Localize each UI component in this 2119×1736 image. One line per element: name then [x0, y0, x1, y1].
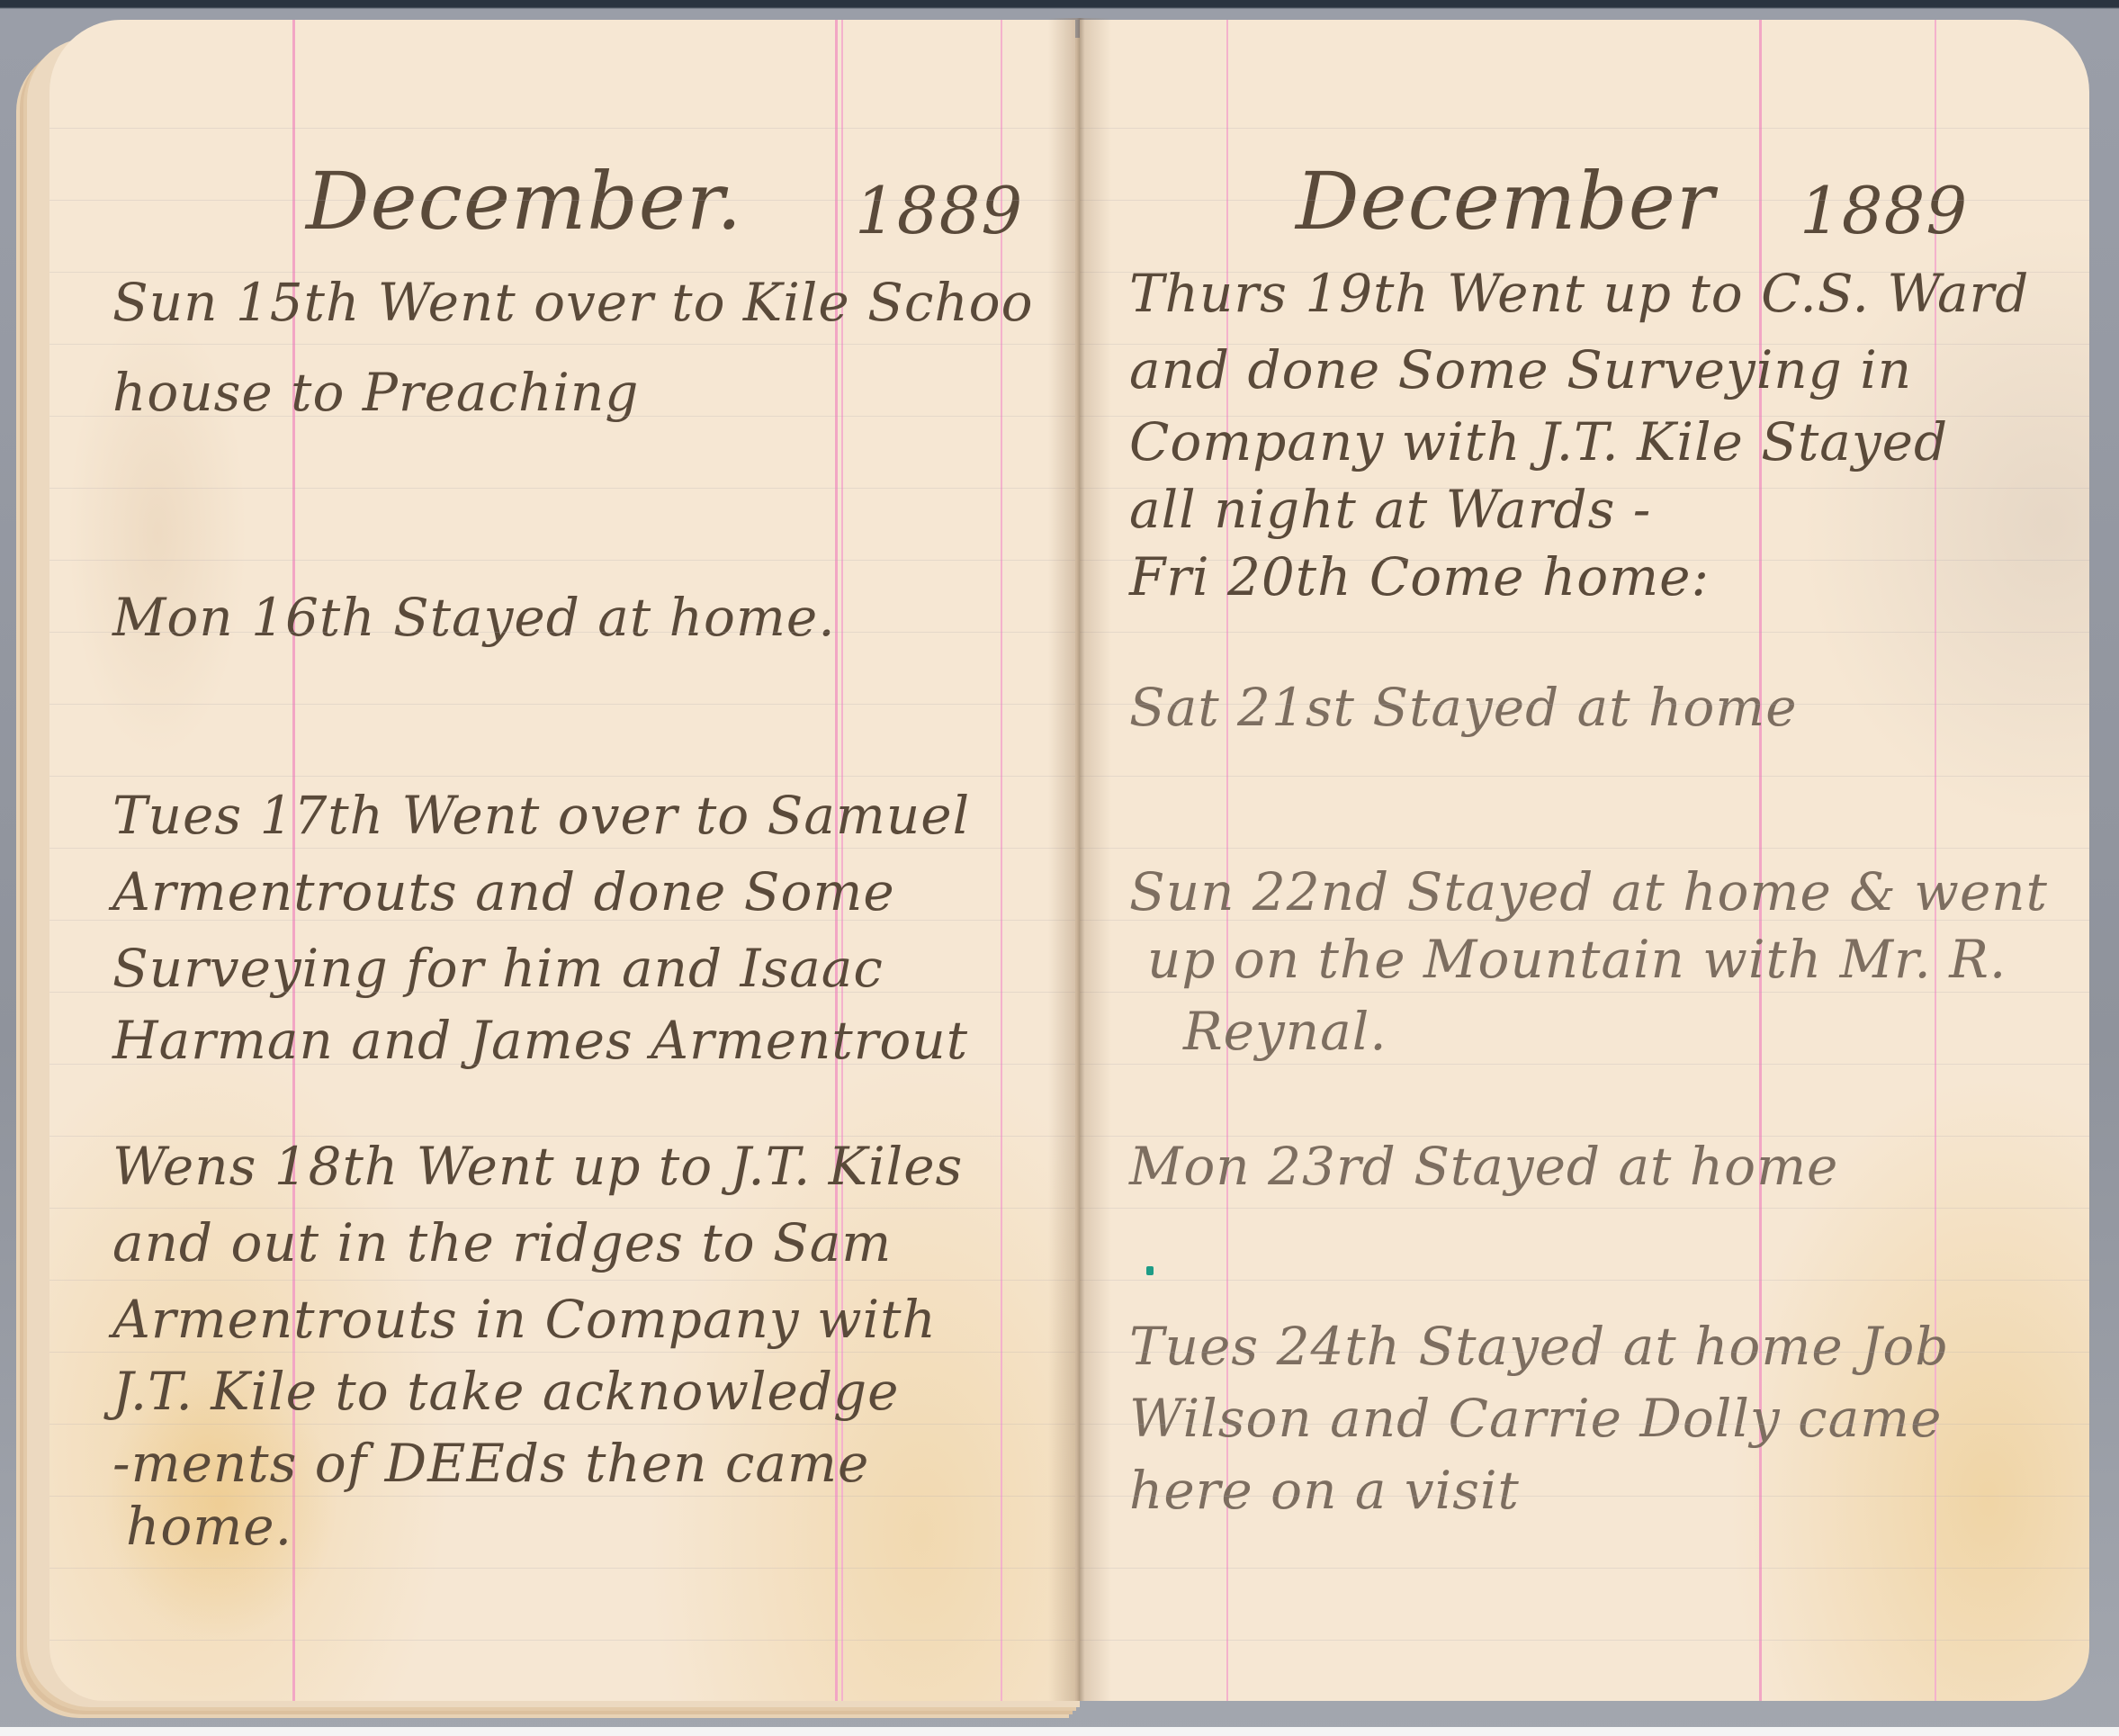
diary-line: Sun 15th Went over to Kile Schoo: [112, 272, 1034, 333]
ruled-line: [49, 1136, 1075, 1137]
diary-line: and done Some Surveying in: [1129, 339, 1912, 400]
diary-line: Tues 17th Went over to Samuel: [112, 785, 970, 846]
ink-spot: [1146, 1266, 1154, 1275]
ruled-line: [1080, 1424, 2089, 1425]
diary-line: J.T. Kile to take acknowledge: [112, 1361, 899, 1422]
ruled-line: [1080, 848, 2089, 849]
ruled-line: [49, 776, 1075, 777]
ruled-line: [49, 1568, 1075, 1569]
diary-line: Mon 23rd Stayed at home: [1129, 1136, 1838, 1197]
ruled-line: [49, 1496, 1075, 1497]
diary-line: Wilson and Carrie Dolly came: [1129, 1388, 1943, 1449]
ruled-line: [1080, 992, 2089, 993]
ruled-line: [1080, 128, 2089, 129]
ruled-line: [49, 632, 1075, 633]
ruled-line: [49, 416, 1075, 417]
diary-line: home.: [126, 1496, 292, 1557]
ruled-line: [49, 200, 1075, 201]
ruled-line: [49, 272, 1075, 273]
ruled-line: [49, 920, 1075, 921]
ruled-line: [1080, 704, 2089, 705]
scan-border: [0, 1727, 2119, 1736]
page-header-year: 1889: [855, 173, 1023, 248]
diary-line: up on the Mountain with Mr. R.: [1147, 929, 2007, 990]
right-page: December 1889 Thurs 19th Went up to C.S.…: [1080, 20, 2089, 1701]
diary-line: Company with J.T. Kile Stayed: [1129, 411, 1948, 472]
ruled-line: [49, 1280, 1075, 1281]
ruled-line: [49, 344, 1075, 345]
diary-line: house to Preaching: [112, 362, 639, 423]
left-page: December. 1889 Sun 15th Went over to Kil…: [49, 20, 1075, 1701]
diary-line: Fri 20th Come home:: [1129, 546, 1710, 607]
ruled-line: [1080, 920, 2089, 921]
diary-line: Sat 21st Stayed at home: [1129, 677, 1798, 738]
page-header-year: 1889: [1800, 173, 1968, 248]
ruled-line: [49, 1424, 1075, 1425]
diary-line: Surveying for him and Isaac: [112, 938, 884, 999]
diary-line: Sun 22nd Stayed at home & went: [1129, 861, 2048, 922]
diary-line: here on a visit: [1129, 1460, 1520, 1521]
ruled-line: [49, 560, 1075, 561]
page-header-month: December.: [306, 155, 742, 247]
ruled-line: [49, 128, 1075, 129]
diary-line: Reynal.: [1183, 1001, 1387, 1062]
ruled-line: [49, 1064, 1075, 1065]
ruled-line: [1080, 1280, 2089, 1281]
ruled-line: [1080, 416, 2089, 417]
diary-line: Wens 18th Went up to J.T. Kiles: [112, 1136, 963, 1197]
ruled-line: [1080, 1136, 2089, 1137]
ruled-line: [1080, 200, 2089, 201]
diary-line: Tues 24th Stayed at home Job: [1129, 1316, 1949, 1377]
diary-line: Mon 16th Stayed at home.: [112, 587, 836, 648]
ruled-line: [1080, 776, 2089, 777]
ruled-line: [49, 848, 1075, 849]
ruled-line: [1080, 632, 2089, 633]
ruled-line: [1080, 1352, 2089, 1353]
ruled-line: [1080, 1640, 2089, 1641]
ruled-line: [1080, 1208, 2089, 1209]
diary-line: and out in the ridges to Sam: [112, 1212, 892, 1273]
ruled-line: [49, 704, 1075, 705]
ruled-line: [49, 1640, 1075, 1641]
diary-line: Harman and James Armentrout: [112, 1010, 968, 1071]
page-header-month: December: [1296, 155, 1715, 247]
ruled-line: [1080, 1568, 2089, 1569]
ruled-line: [49, 992, 1075, 993]
ruled-line: [1080, 560, 2089, 561]
diary-line: Armentrouts in Company with: [112, 1289, 937, 1350]
diary-line: -ments of DEEds then came: [112, 1433, 869, 1494]
ruled-line: [1080, 488, 2089, 489]
ruled-line: [1080, 1064, 2089, 1065]
ruled-line: [49, 488, 1075, 489]
diary-line: Armentrouts and done Some: [112, 861, 895, 922]
ruled-line: [49, 1208, 1075, 1209]
ruled-line: [1080, 272, 2089, 273]
ruled-line: [49, 1352, 1075, 1353]
ruled-line: [1080, 344, 2089, 345]
ruled-line: [1080, 1496, 2089, 1497]
